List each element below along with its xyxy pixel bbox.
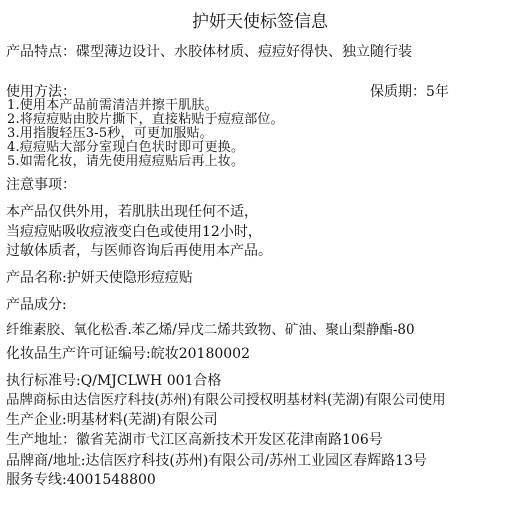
notes-line: 本产品仅供外用，若肌肤出现任何不适， [6, 204, 258, 220]
page-title: 护妍天使标签信息 [0, 12, 520, 32]
usage-step: 1.使用本产品前需清洁并擦干肌肤。 [7, 99, 218, 112]
service-hotline: 服务专线:4001548800 [6, 472, 156, 488]
brand-address: 品牌商/地址:达信医疗科技(苏州)有限公司/苏州工业园区春辉路13号 [6, 453, 427, 469]
license-number: 化妆品生产许可证编号:皖妆20180002 [6, 346, 250, 362]
ingredients-list: 纤维素胶、氧化松香.苯乙烯/异戊二烯共致物、矿油、聚山梨静酯-80 [6, 322, 415, 338]
shelf-life: 保质期：5年 [370, 84, 449, 100]
usage-step: 3.用指腹轻压3-5秒，可更加服贴。 [7, 127, 213, 140]
usage-step: 2.将痘痘贴由胶片撕下，直接粘贴于痘痘部位。 [7, 113, 284, 126]
standard-number: 执行标准号:Q/MJCLWH 001合格 [6, 373, 221, 389]
brand-authorization: 品牌商标由达信医疗科技(苏州)有限公司授权明基材料(芜湖)有限公司使用 [6, 392, 446, 408]
product-features: 产品特点：碟型薄边设计、水胶体材质、痘痘好得快、独立随行装 [6, 44, 412, 60]
production-address: 生产地址：徽省芜湖市弋江区高新技术开发区花津南路106号 [6, 432, 383, 448]
usage-step: 5.如需化妆，请先使用痘痘贴后再上妆。 [7, 155, 244, 168]
ingredients-heading: 产品成分: [6, 297, 67, 313]
notes-line: 过敏体质者，与医师咨询后再使用本产品。 [6, 243, 272, 259]
manufacturer: 生产企业:明基材料(芜湖)有限公司 [6, 412, 218, 428]
notes-line: 当痘痘贴吸收痘液变白色或使用12小时， [6, 224, 262, 240]
usage-step: 4.痘痘贴大部分室现白色状时即可更换。 [7, 141, 244, 154]
notes-heading: 注意事项： [6, 177, 76, 193]
product-name: 产品名称:护妍天使隐形痘痘贴 [6, 270, 193, 286]
